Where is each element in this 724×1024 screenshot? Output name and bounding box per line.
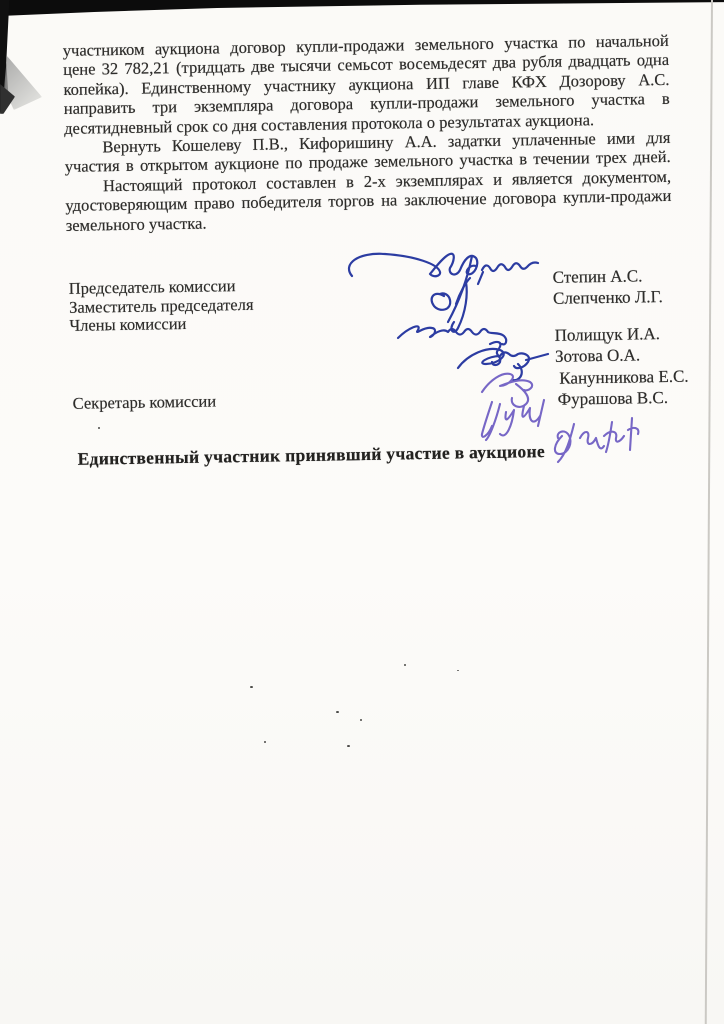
commission-roles: Председатель комиссииЗаместитель председ… [69,277,254,336]
signature-kanunnikova [482,374,532,407]
signature-slepchenko [432,272,483,332]
signature-stepin [349,254,538,276]
document-paragraphs: участником аукциона договор купли-продаж… [63,31,672,235]
signature-furashova [482,400,544,440]
scanned-document-page: участником аукциона договор купли-продаж… [0,0,724,1024]
signature-participant [555,418,638,462]
secretary-role-label: Секретарь комиссии [73,391,217,413]
document-content: участником аукциона договор купли-продаж… [0,0,724,1024]
commission-role-label: Члены комиссии [69,314,254,336]
signatures-layer [340,240,670,490]
signature-zotova [458,349,548,380]
